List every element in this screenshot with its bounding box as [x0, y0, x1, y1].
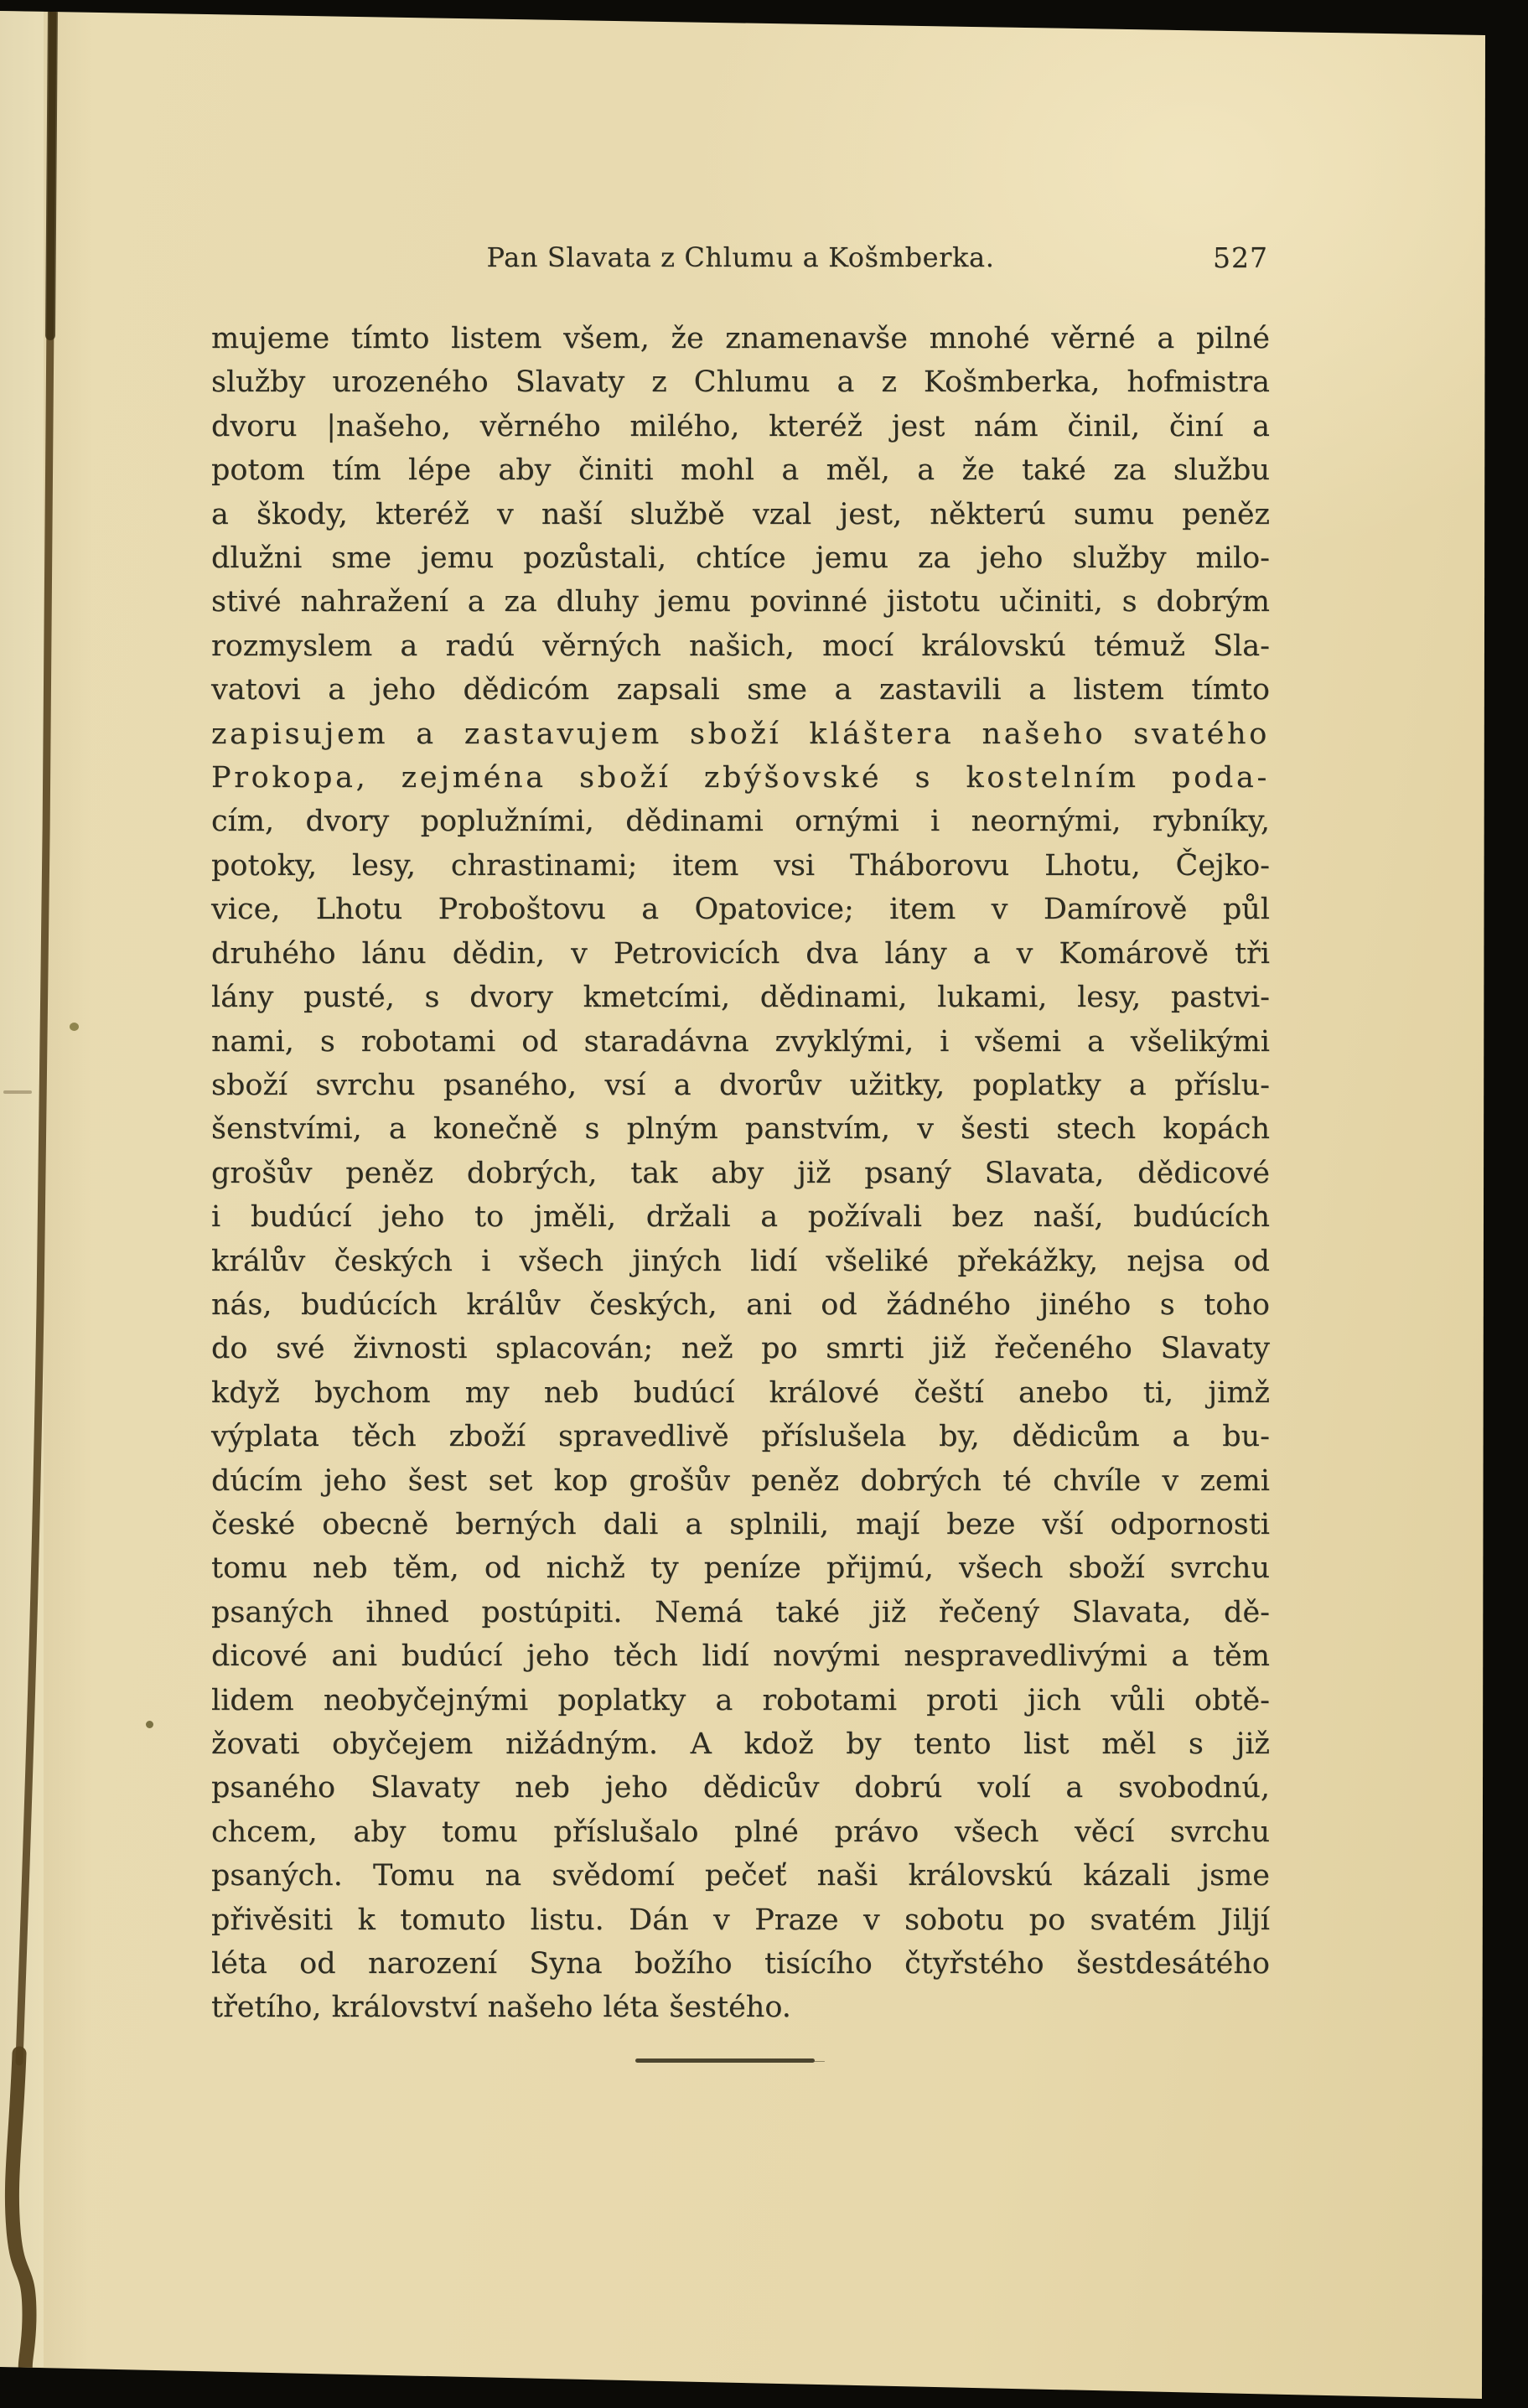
- text-segment: grošův peněz dobrých, tak aby již psaný …: [211, 1157, 1270, 1190]
- text-segment: cím, dvory poplužními, dědinami ornými i…: [211, 805, 1270, 838]
- text-segment: nami, s robotami od staradávna zvyklými,…: [211, 1025, 1270, 1059]
- text-segment: lidem neobyčejnými poplatky a robotami p…: [211, 1684, 1270, 1717]
- text-line: nás, budúcích králův českých, ani od žád…: [211, 1283, 1270, 1327]
- text-line: psaných ihned postúpiti. Nemá také již ř…: [211, 1591, 1270, 1634]
- page-header: Pan Slavata z Chlumu a Košmberka. 527: [211, 241, 1270, 275]
- text-line: a škody, kteréž v naší službě vzal jest,…: [211, 493, 1270, 536]
- paper-speck: [70, 1023, 79, 1031]
- text-segment: dicové ani budúcí jeho těch lidí novými …: [211, 1639, 1270, 1673]
- text-segment: služby urozeného Slavaty z Chlumu a z Ko…: [211, 365, 1270, 399]
- text-segment: i budúcí jeho to jměli, držali a požíval…: [211, 1200, 1270, 1234]
- text-line: potom tím lépe aby činiti mohl a měl, a …: [211, 448, 1270, 492]
- text-segment: a škody, kteréž v naší službě vzal jest,…: [211, 498, 1270, 531]
- scan-background: Pan Slavata z Chlumu a Košmberka. 527 mu…: [0, 0, 1528, 2408]
- text-segment: dúcím jeho šest set kop grošův peněz dob…: [211, 1464, 1270, 1498]
- text-segment: do své živnosti splacován; než po smrti …: [211, 1332, 1270, 1365]
- text-line: Prokopa, zejména sboží zbýšovské s koste…: [211, 756, 1270, 800]
- book-page: Pan Slavata z Chlumu a Košmberka. 527 mu…: [0, 0, 1528, 2408]
- text-line: nami, s robotami od staradávna zvyklými,…: [211, 1020, 1270, 1064]
- text-line: tomu neb těm, od nichž ty peníze přijmú,…: [211, 1546, 1270, 1590]
- text-segment: stivé nahražení a za dluhy jemu povinné …: [211, 585, 1270, 619]
- text-segment: králův českých i všech jiných lidí všeli…: [211, 1245, 1270, 1278]
- text-line: chcem, aby tomu příslušalo plné právo vš…: [211, 1810, 1270, 1854]
- text-line: žovati obyčejem nižádným. A kdož by tent…: [211, 1722, 1270, 1766]
- emphasized-text: Prokopa, zejména sboží zbýšovské s koste…: [211, 761, 1270, 795]
- text-line: mujeme tímto listem všem, že znamenavše …: [211, 317, 1270, 360]
- text-line: rozmyslem a radú věrných našich, mocí kr…: [211, 624, 1270, 668]
- text-segment: sboží svrchu psaného, vsí a dvorův užitk…: [211, 1069, 1270, 1102]
- text-line: stivé nahražení a za dluhy jemu povinné …: [211, 580, 1270, 624]
- text-line: české obecně berných dali a splnili, maj…: [211, 1503, 1270, 1546]
- text-line: do své živnosti splacován; než po smrti …: [211, 1327, 1270, 1370]
- page-number: 527: [1213, 241, 1268, 274]
- text-line: lány pusté, s dvory kmetcími, dědinami, …: [211, 976, 1270, 1019]
- text-line: dicové ani budúcí jeho těch lidí novými …: [211, 1634, 1270, 1678]
- text-line: přivěsiti k tomuto listu. Dán v Praze v …: [211, 1898, 1270, 1942]
- text-segment: lány pusté, s dvory kmetcími, dědinami, …: [211, 981, 1270, 1014]
- text-segment: třetího, království našeho léta šestého.: [211, 1991, 791, 2024]
- text-line: cím, dvory poplužními, dědinami ornými i…: [211, 800, 1270, 843]
- text-segment: přivěsiti k tomuto listu. Dán v Praze v …: [211, 1903, 1270, 1937]
- text-line: dvoru |našeho, věrného milého, kteréž je…: [211, 405, 1270, 448]
- text-line: když bychom my neb budúcí králové čeští …: [211, 1371, 1270, 1415]
- text-segment: české obecně berných dali a splnili, maj…: [211, 1508, 1270, 1541]
- text-segment: žovati obyčejem nižádným. A kdož by tent…: [211, 1727, 1270, 1761]
- text-line: zapisujem a zastavujem sboží kláštera na…: [211, 712, 1270, 756]
- text-segment: chcem, aby tomu příslušalo plné právo vš…: [211, 1815, 1270, 1849]
- text-segment: výplata těch zboží spravedlivě příslušel…: [211, 1420, 1270, 1453]
- text-line: šenstvími, a konečně s plným panstvím, v…: [211, 1107, 1270, 1151]
- text-segment: vice, Lhotu Proboštovu a Opatovice; item…: [211, 893, 1270, 926]
- text-segment: psaného Slavaty neb jeho dědicův dobrú v…: [211, 1771, 1270, 1805]
- text-segment: šenstvími, a konečně s plným panstvím, v…: [211, 1112, 1270, 1146]
- scratch-mark: [3, 1090, 32, 1094]
- text-segment: dvoru |našeho, věrného milého, kteréž je…: [211, 410, 1270, 443]
- text-line: králův českých i všech jiných lidí všeli…: [211, 1240, 1270, 1283]
- text-line: druhého lánu dědin, v Petrovicích dva lá…: [211, 932, 1270, 976]
- text-segment: když bychom my neb budúcí králové čeští …: [211, 1376, 1270, 1410]
- emphasized-text: zapisujem a zastavujem sboží kláštera na…: [211, 717, 1270, 751]
- section-divider: [635, 2058, 815, 2063]
- text-line: dlužni sme jemu pozůstali, chtíce jemu z…: [211, 536, 1270, 580]
- text-line: výplata těch zboží spravedlivě příslušel…: [211, 1415, 1270, 1458]
- text-line: služby urozeného Slavaty z Chlumu a z Ko…: [211, 360, 1270, 404]
- text-line: vatovi a jeho dědicóm zapsali sme a zast…: [211, 668, 1270, 712]
- text-segment: potom tím lépe aby činiti mohl a měl, a …: [211, 453, 1270, 487]
- text-line: dúcím jeho šest set kop grošův peněz dob…: [211, 1459, 1270, 1503]
- page-title: Pan Slavata z Chlumu a Košmberka.: [211, 241, 1270, 273]
- text-segment: léta od narození Syna božího tisícího čt…: [211, 1947, 1270, 1981]
- text-line: potoky, lesy, chrastinami; item vsi Tháb…: [211, 844, 1270, 888]
- paper-speck: [146, 1721, 153, 1728]
- text-line: sboží svrchu psaného, vsí a dvorův užitk…: [211, 1064, 1270, 1107]
- binding-crease: [0, 0, 134, 2408]
- text-line: grošův peněz dobrých, tak aby již psaný …: [211, 1152, 1270, 1195]
- text-line: léta od narození Syna božího tisícího čt…: [211, 1942, 1270, 1986]
- text-segment: rozmyslem a radú věrných našich, mocí kr…: [211, 629, 1270, 663]
- text-line: psaných. Tomu na svědomí pečeť naši král…: [211, 1854, 1270, 1898]
- text-segment: potoky, lesy, chrastinami; item vsi Tháb…: [211, 849, 1270, 883]
- text-segment: dlužni sme jemu pozůstali, chtíce jemu z…: [211, 541, 1270, 575]
- text-segment: psaných. Tomu na svědomí pečeť naši král…: [211, 1859, 1270, 1893]
- body-text: mujeme tímto listem všem, že znamenavše …: [211, 317, 1270, 2030]
- text-line: vice, Lhotu Proboštovu a Opatovice; item…: [211, 888, 1270, 931]
- text-line: třetího, království našeho léta šestého.: [211, 1986, 1270, 2029]
- text-segment: tomu neb těm, od nichž ty peníze přijmú,…: [211, 1551, 1270, 1585]
- text-line: psaného Slavaty neb jeho dědicův dobrú v…: [211, 1766, 1270, 1810]
- text-segment: vatovi a jeho dědicóm zapsali sme a zast…: [211, 673, 1270, 707]
- text-line: i budúcí jeho to jměli, držali a požíval…: [211, 1195, 1270, 1239]
- text-segment: psaných ihned postúpiti. Nemá také již ř…: [211, 1596, 1270, 1629]
- text-line: lidem neobyčejnými poplatky a robotami p…: [211, 1679, 1270, 1722]
- text-segment: nás, budúcích králův českých, ani od žád…: [211, 1288, 1270, 1322]
- text-segment: druhého lánu dědin, v Petrovicích dva lá…: [211, 937, 1270, 971]
- text-segment: mujeme tímto listem všem, že znamenavše …: [211, 322, 1270, 355]
